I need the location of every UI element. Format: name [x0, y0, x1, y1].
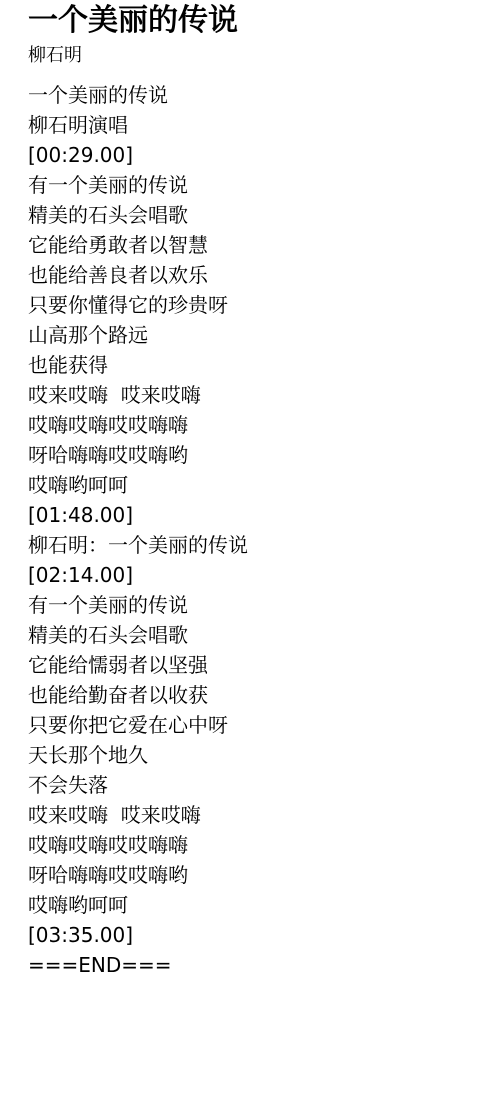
lyric-line: 精美的石头会唱歌 [28, 200, 480, 230]
lyrics-page: 一个美丽的传说 柳石明 一个美丽的传说柳石明演唱[00:29.00]有一个美丽的… [0, 0, 500, 1120]
lyric-line: [03:35.00] [28, 920, 480, 950]
lyric-line: [02:14.00] [28, 560, 480, 590]
lyric-line: 哎嗨哟呵呵 [28, 470, 480, 500]
lyric-line: 不会失落 [28, 770, 480, 800]
page-title: 一个美丽的传说 [28, 4, 480, 38]
lyric-line: 柳石明：一个美丽的传说 [28, 530, 480, 560]
lyric-line: 呀哈嗨嗨哎哎嗨哟 [28, 440, 480, 470]
lyric-line: 哎来哎嗨 哎来哎嗨 [28, 800, 480, 830]
lyric-line: 只要你懂得它的珍贵呀 [28, 290, 480, 320]
lyric-line: 它能给懦弱者以坚强 [28, 650, 480, 680]
lyric-line: 天长那个地久 [28, 740, 480, 770]
artist-name: 柳石明 [28, 44, 480, 68]
lyric-line: 只要你把它爱在心中呀 [28, 710, 480, 740]
lyric-line: 一个美丽的传说 [28, 80, 480, 110]
lyric-line: 有一个美丽的传说 [28, 590, 480, 620]
lyric-line: 哎嗨哟呵呵 [28, 890, 480, 920]
lyric-line: ===END=== [28, 950, 480, 980]
lyric-line: [00:29.00] [28, 140, 480, 170]
lyric-line: 也能给善良者以欢乐 [28, 260, 480, 290]
lyric-line: 呀哈嗨嗨哎哎嗨哟 [28, 860, 480, 890]
lyric-line: 也能给勤奋者以收获 [28, 680, 480, 710]
lyric-line: 哎嗨哎嗨哎哎嗨嗨 [28, 410, 480, 440]
lyric-line: [01:48.00] [28, 500, 480, 530]
lyric-line: 精美的石头会唱歌 [28, 620, 480, 650]
lyric-line: 有一个美丽的传说 [28, 170, 480, 200]
lyric-line: 也能获得 [28, 350, 480, 380]
lyric-line: 它能给勇敢者以智慧 [28, 230, 480, 260]
lyric-line: 山高那个路远 [28, 320, 480, 350]
lyric-line: 哎来哎嗨 哎来哎嗨 [28, 380, 480, 410]
lyric-line: 哎嗨哎嗨哎哎嗨嗨 [28, 830, 480, 860]
lyric-line: 柳石明演唱 [28, 110, 480, 140]
lyrics-container: 一个美丽的传说柳石明演唱[00:29.00]有一个美丽的传说精美的石头会唱歌它能… [28, 80, 480, 980]
